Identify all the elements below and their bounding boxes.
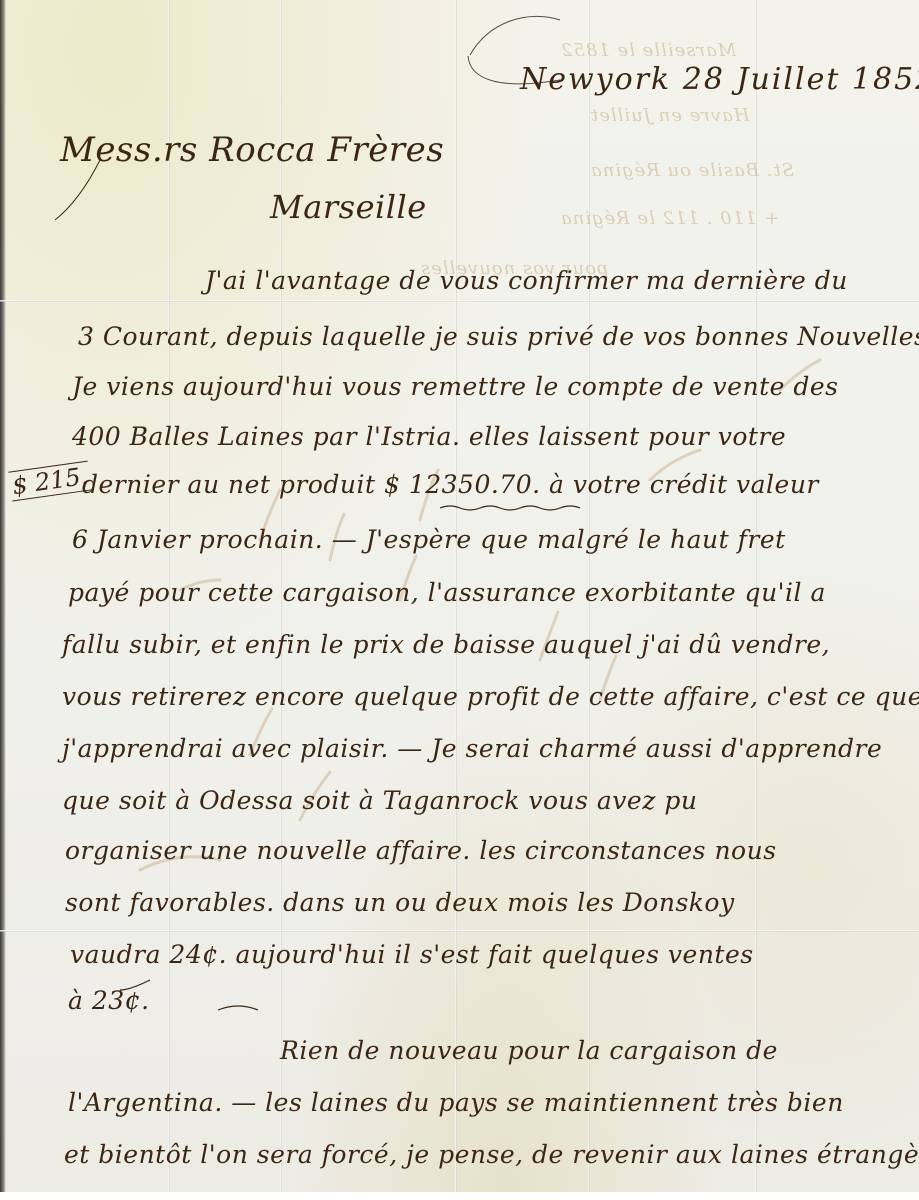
letter-line: j'apprendrai avec plaisir. — Je serai ch… [62, 734, 882, 763]
letter-line: 3 Courant, depuis laquelle je suis privé… [78, 322, 919, 351]
letter-line: fallu subir, et enfin le prix de baisse … [62, 630, 830, 659]
letter-line: 6 Janvier prochain. — J'espère que malgr… [72, 525, 786, 554]
letter-page: Marseille le 1852 Havre en Juillet St. B… [0, 0, 919, 1200]
letter-line: Je viens aujourd'hui vous remettre le co… [72, 372, 839, 401]
letter-line: 400 Balles Laines par l'Istria. elles la… [72, 422, 786, 451]
letter-line: payé pour cette cargaison, l'assurance e… [68, 578, 826, 607]
letter-line: vous retirerez encore quelque profit de … [62, 682, 919, 711]
letter-line: sont favorables. dans un ou deux mois le… [65, 888, 735, 917]
letter-line: Rien de nouveau pour la cargaison de [280, 1036, 778, 1065]
letter-line: J'ai l'avantage de vous confirmer ma der… [205, 266, 848, 295]
addressee-name: Mess.rs Rocca Frères [60, 130, 444, 170]
letter-line: vaudra 24¢. aujourd'hui il s'est fait qu… [70, 940, 754, 969]
letter-line: et bientôt l'on sera forcé, je pense, de… [64, 1140, 919, 1169]
letter-line: l'Argentina. — les laines du pays se mai… [68, 1088, 844, 1117]
letter-line: organiser une nouvelle affaire. les circ… [65, 836, 777, 865]
place-date: Newyork 28 Juillet 1852. [520, 62, 919, 97]
letter-line: que soit à Odessa soit à Taganrock vous … [62, 786, 697, 815]
letter-line: à 23¢. [68, 986, 150, 1015]
addressee-city: Marseille [270, 188, 427, 226]
letter-line: dernier au net produit $ 12350.70. à vot… [82, 470, 819, 499]
scan-bottom-edge [0, 1192, 919, 1200]
